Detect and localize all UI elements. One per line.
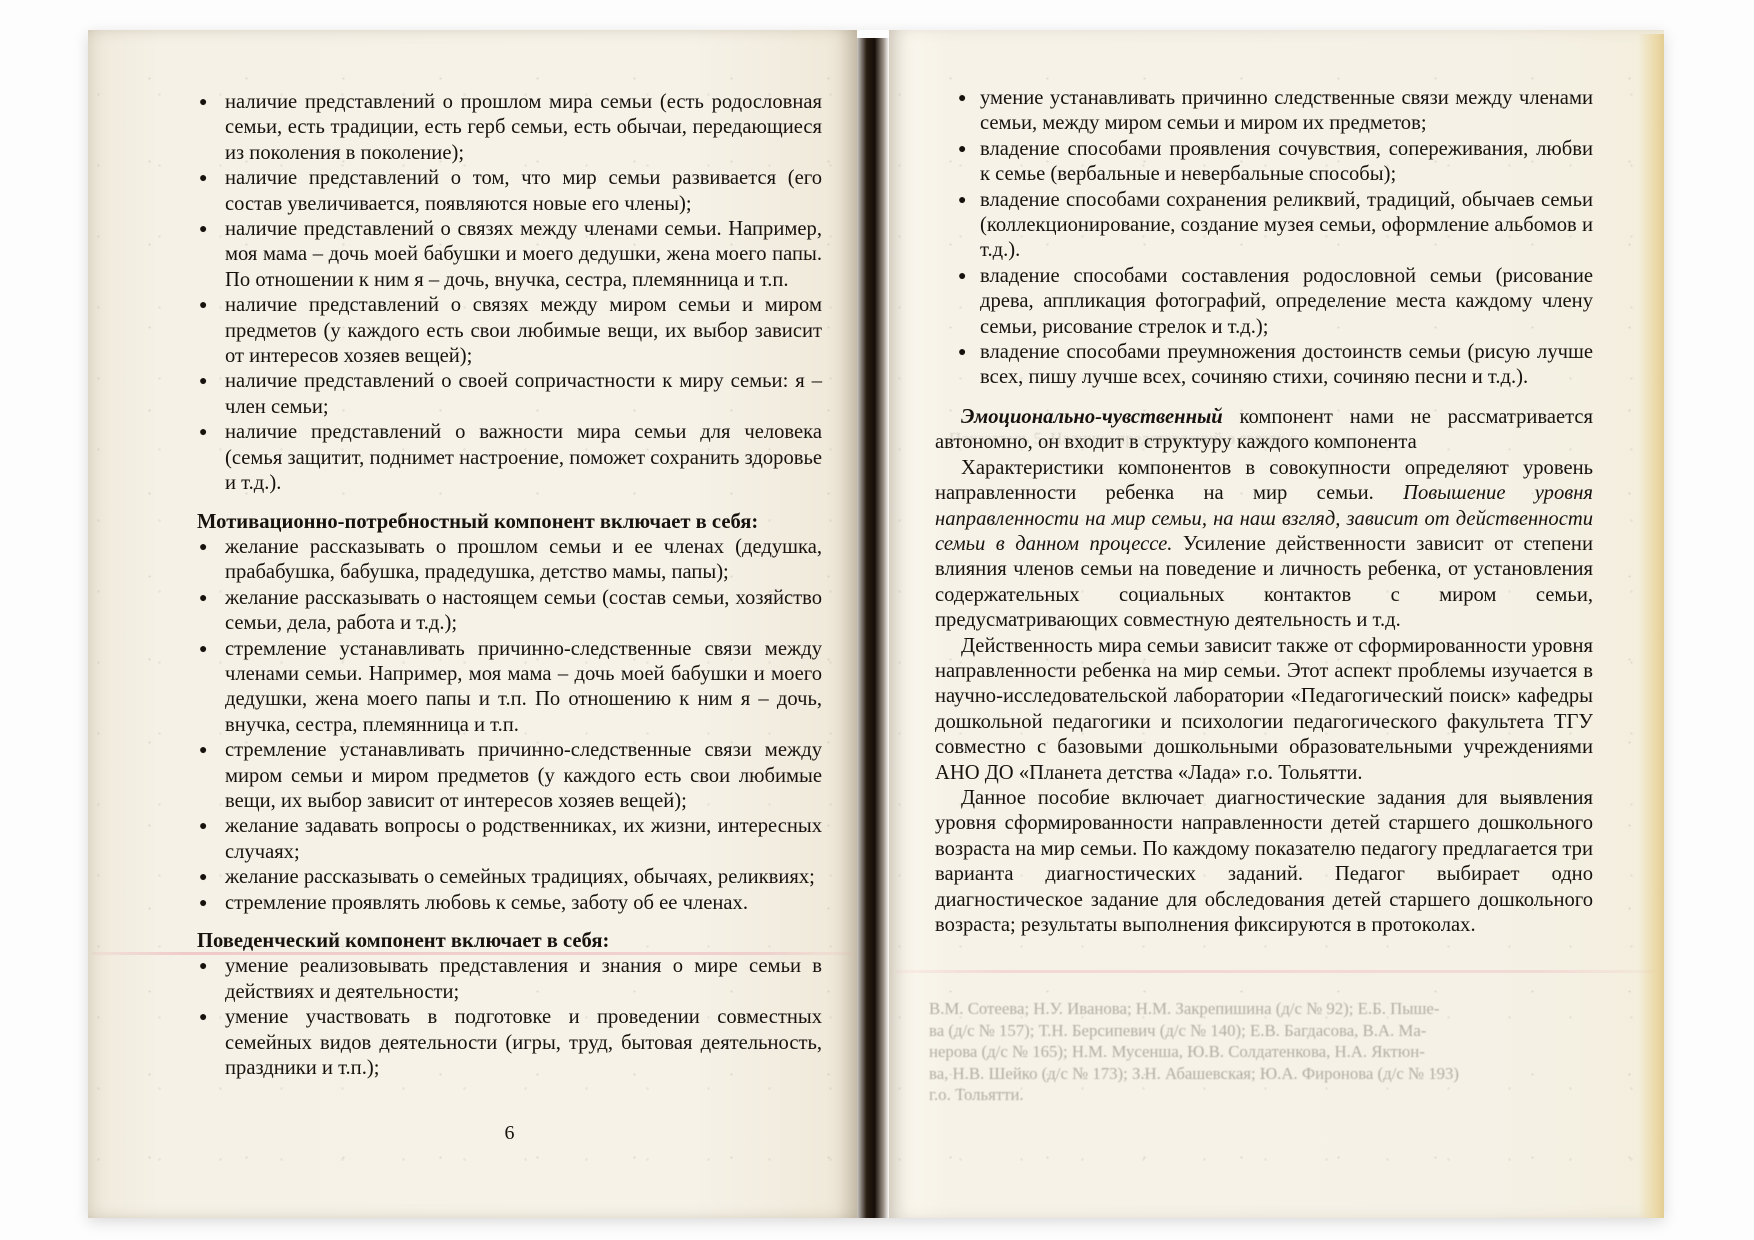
list-item: ●наличие представлений о связях между ми… xyxy=(197,293,822,369)
bullet-icon: ● xyxy=(199,1005,207,1030)
bullet-text: желание рассказывать о прошлом семьи и е… xyxy=(225,536,822,583)
section-heading-motivational: Мотивационно-потребностный компонент вкл… xyxy=(197,510,822,535)
scanner-pink-line xyxy=(895,970,1654,973)
bullet-text: владение способами преумножения достоинс… xyxy=(980,341,1593,388)
list-item: ●умение реализовывать представления и зн… xyxy=(197,954,822,1005)
bullet-text: умение участвовать в подготовке и провед… xyxy=(225,1006,822,1079)
paragraph-lead: Эмоционально-чувственный xyxy=(961,406,1223,428)
bullet-text: владение способами составления родословн… xyxy=(980,265,1593,338)
page-number-left: 6 xyxy=(197,1122,822,1145)
bullet-text: стремление проявлять любовь к семье, заб… xyxy=(225,892,748,914)
list-item: ●наличие представлений о важности мира с… xyxy=(197,420,822,496)
bullet-icon: ● xyxy=(199,814,207,839)
bleedthrough-line: ва, Н.В. Шейко (д/с № 173); З.Н. Абашевс… xyxy=(929,1063,1597,1085)
bullet-icon: ● xyxy=(199,586,207,611)
scanned-book-screenshot: ●наличие представлений о прошлом мира се… xyxy=(0,0,1754,1240)
bullet-text: владение способами проявления сочувствия… xyxy=(980,138,1593,185)
bullet-text: наличие представлений о том, что мир сем… xyxy=(225,167,822,214)
bleedthrough-line: В.М. Сотеева; Н.У. Иванова; Н.М. Закрепи… xyxy=(929,998,1597,1020)
bullet-text: владение способами сохранения реликвий, … xyxy=(980,189,1593,262)
bullet-icon: ● xyxy=(958,188,966,213)
book-gutter-shadow xyxy=(857,38,889,1218)
list-item: ●наличие представлений о своей сопричаст… xyxy=(197,369,822,420)
paragraph-emotional: Эмоционально-чувственный компонент нами … xyxy=(935,405,1593,456)
bullet-text: желание рассказывать о семейных традиция… xyxy=(225,866,815,888)
bullet-icon: ● xyxy=(199,217,207,242)
bullet-text: умение устанавливать причинно следственн… xyxy=(980,87,1593,134)
bullet-text: наличие представлений о важности мира се… xyxy=(225,421,822,494)
list-item: ●владение способами преумножения достоин… xyxy=(935,340,1593,391)
bullet-icon: ● xyxy=(958,340,966,365)
paragraph-manual: Данное пособие включает диагностические … xyxy=(935,786,1593,938)
bleedthrough-block: В.М. Сотеева; Н.У. Иванова; Н.М. Закрепи… xyxy=(929,998,1597,1106)
paragraph-lab: Действенность мира семьи зависит также о… xyxy=(935,634,1593,786)
list-item: ●умение участвовать в подготовке и прове… xyxy=(197,1005,822,1081)
bullet-icon: ● xyxy=(199,891,207,916)
list-item: ●желание рассказывать о настоящем семьи … xyxy=(197,586,822,637)
bullet-icon: ● xyxy=(199,90,207,115)
right-page: Показатель 5. Наличие представлений о св… xyxy=(889,30,1664,1218)
bullet-icon: ● xyxy=(199,535,207,560)
list-item: ●желание рассказывать о семейных традици… xyxy=(197,865,822,890)
bullet-icon: ● xyxy=(199,954,207,979)
bullet-text: стремление устанавливать причинно-следст… xyxy=(225,739,822,812)
bleedthrough-line: нерова (д/с № 165); Н.М. Мусенша, Ю.В. С… xyxy=(929,1041,1597,1063)
bullet-icon: ● xyxy=(199,369,207,394)
bullet-text: желание задавать вопросы о родственниках… xyxy=(225,815,822,862)
bullet-text: наличие представлений о связях между мир… xyxy=(225,294,822,367)
bullet-icon: ● xyxy=(958,86,966,111)
bullet-icon: ● xyxy=(958,264,966,289)
book-spread: ●наличие представлений о прошлом мира се… xyxy=(88,30,1664,1218)
page-number-right: 7 xyxy=(1736,1130,1754,1153)
list-item: ●владение способами сохранения реликвий,… xyxy=(935,188,1593,264)
left-page: ●наличие представлений о прошлом мира се… xyxy=(88,30,857,1218)
list-item: ●желание задавать вопросы о родственника… xyxy=(197,814,822,865)
list-item: ●желание рассказывать о прошлом семьи и … xyxy=(197,535,822,586)
bullet-icon: ● xyxy=(199,738,207,763)
list-item: ●стремление проявлять любовь к семье, за… xyxy=(197,891,822,916)
bullet-text: стремление устанавливать причинно-следст… xyxy=(225,638,822,736)
bullet-text: умение реализовывать представления и зна… xyxy=(225,955,822,1002)
bleedthrough-line: г.о. Тольятти. xyxy=(929,1084,1597,1106)
section-heading-behavioral: Поведенческий компонент включает в себя: xyxy=(197,929,822,954)
list-item: ●умение устанавливать причинно следствен… xyxy=(935,86,1593,137)
bullet-icon: ● xyxy=(199,166,207,191)
bullet-text: желание рассказывать о настоящем семьи (… xyxy=(225,587,822,634)
bullet-icon: ● xyxy=(199,637,207,662)
bullet-icon: ● xyxy=(958,137,966,162)
list-item: ●владение способами составления родослов… xyxy=(935,264,1593,340)
list-item: ●наличие представлений о прошлом мира се… xyxy=(197,90,822,166)
bullet-icon: ● xyxy=(199,420,207,445)
list-item: ●наличие представлений о связях между чл… xyxy=(197,217,822,293)
bullet-icon: ● xyxy=(199,293,207,318)
list-item: ●владение способами проявления сочувстви… xyxy=(935,137,1593,188)
list-item: ●стремление устанавливать причинно-следс… xyxy=(197,738,822,814)
list-item: ●наличие представлений о том, что мир се… xyxy=(197,166,822,217)
left-page-content: ●наличие представлений о прошлом мира се… xyxy=(88,30,857,1081)
bullet-text: наличие представлений о связях между чле… xyxy=(225,218,822,291)
bleedthrough-line: ва (д/с № 157); Т.Н. Берсипевич (д/с № 1… xyxy=(929,1020,1597,1042)
right-page-content: ●умение устанавливать причинно следствен… xyxy=(889,30,1664,938)
bullet-icon: ● xyxy=(199,865,207,890)
paragraph-characteristics: Характеристики компонентов в совокупност… xyxy=(935,456,1593,634)
bullet-text: наличие представлений о своей сопричастн… xyxy=(225,370,822,417)
bullet-text: наличие представлений о прошлом мира сем… xyxy=(225,91,822,164)
list-item: ●стремление устанавливать причинно-следс… xyxy=(197,637,822,739)
